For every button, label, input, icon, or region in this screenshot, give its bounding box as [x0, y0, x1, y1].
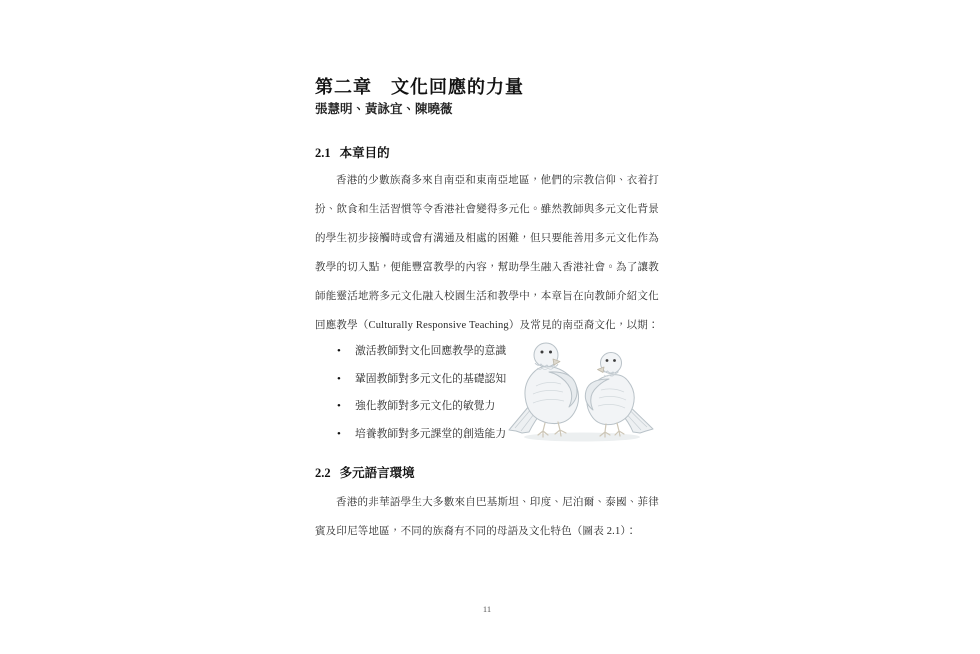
section-2-1-heading: 2.1本章目的	[315, 143, 390, 161]
section-2-2-number: 2.2	[315, 466, 331, 480]
bullet-item-4-text: 培養教師對多元課堂的創造能力	[355, 428, 506, 440]
section-2-2-heading: 2.2多元語言環境	[315, 463, 415, 481]
document-page: 第二章 文化回應的力量 張慧明、黃詠宜、陳曉薇 2.1本章目的 香港的少數族裔多…	[0, 0, 980, 654]
section-2-1-title: 本章目的	[340, 146, 390, 160]
bullet-dot-icon: •	[337, 393, 355, 421]
bullet-dot-icon: •	[337, 366, 355, 394]
objectives-bullet-list: •激活教師對文化回應教學的意識 •鞏固教師對多元文化的基礎認知 •強化教師對多元…	[337, 338, 506, 448]
bullet-item-4: •培養教師對多元課堂的創造能力	[337, 421, 506, 449]
section-2-2-title: 多元語言環境	[340, 466, 415, 480]
bullet-dot-icon: •	[337, 338, 355, 366]
section-2-2-paragraph: 香港的非華語學生大多數來自巴基斯坦、印度、尼泊爾、泰國、菲律賓及印尼等地區，不同…	[315, 488, 659, 546]
authors-line: 張慧明、黃詠宜、陳曉薇	[315, 99, 453, 117]
bullet-item-2-text: 鞏固教師對多元文化的基礎認知	[355, 373, 506, 385]
bullet-item-1-text: 激活教師對文化回應教學的意識	[355, 345, 506, 357]
section-2-1-number: 2.1	[315, 146, 331, 160]
two-doves-illustration	[503, 334, 661, 444]
bullet-item-2: •鞏固教師對多元文化的基礎認知	[337, 366, 506, 394]
bullet-item-1: •激活教師對文化回應教學的意識	[337, 338, 506, 366]
bullet-item-3-text: 強化教師對多元文化的敏覺力	[355, 400, 495, 412]
left-dove	[509, 343, 579, 437]
chapter-title: 第二章 文化回應的力量	[315, 73, 524, 99]
right-dove	[585, 353, 653, 438]
bullet-dot-icon: •	[337, 421, 355, 449]
bullet-item-3: •強化教師對多元文化的敏覺力	[337, 393, 506, 421]
section-2-1-paragraph: 香港的少數族裔多來自南亞和東南亞地區，他們的宗教信仰、衣着打扮、飲食和生活習慣等…	[315, 166, 659, 340]
page-number: 11	[315, 604, 659, 614]
